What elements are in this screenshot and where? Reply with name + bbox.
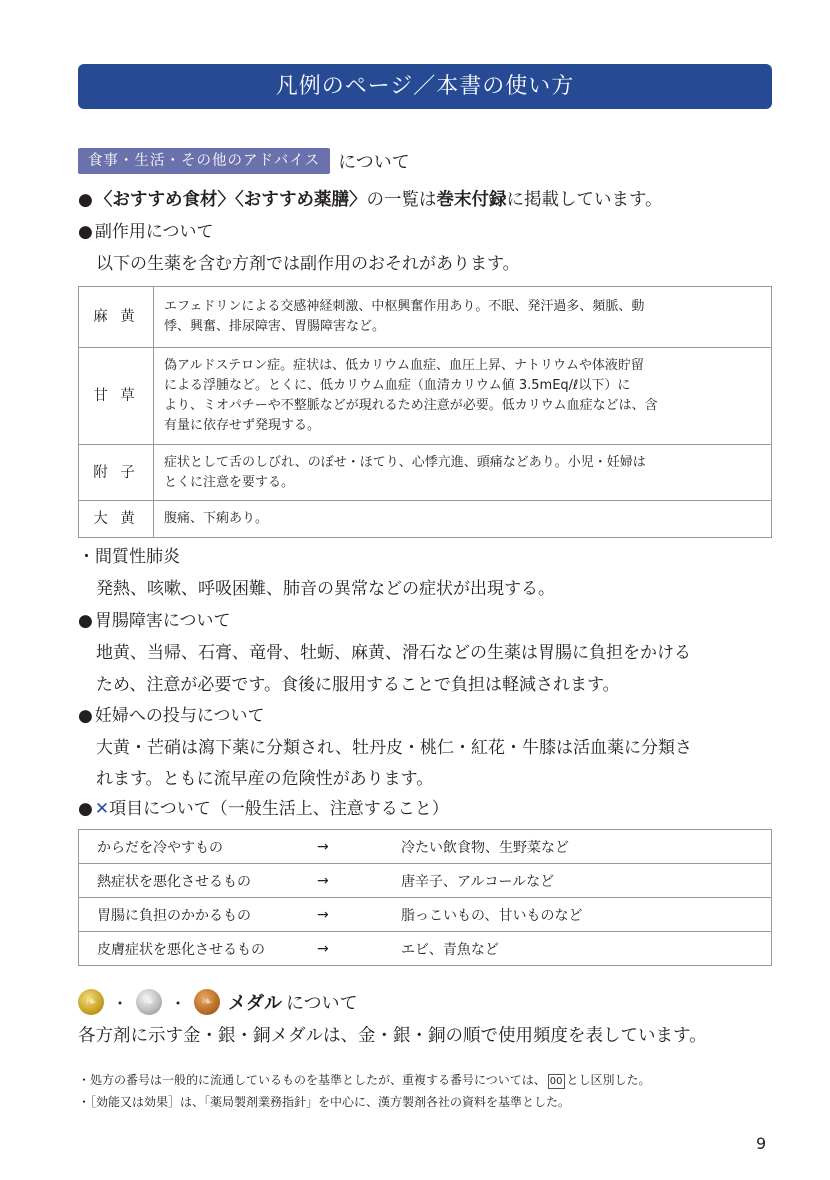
effect-line: より、ミオパチーや不整脈などが現れるため注意が必要。低カリウム血症などは、含 xyxy=(164,396,761,416)
bullet-icon: ● xyxy=(78,706,93,726)
table-row: 皮膚症状を悪化させるもの → エビ、青魚など xyxy=(79,932,772,966)
bullet-icon: ● xyxy=(78,611,93,631)
bullet-icon: ● xyxy=(78,799,93,819)
table-row: 麻 黄 エフェドリンによる交感神経刺激、中枢興奮作用あり。不眠、発汗過多、頻脈、… xyxy=(79,287,772,348)
boxed-number-icon: 00 xyxy=(548,1074,565,1089)
bronze-medal-icon xyxy=(194,989,220,1015)
herb-effect: 症状として舌のしびれ、のぼせ・ほてり、心悸亢進、頭痛などあり。小児・妊婦はとくに… xyxy=(154,445,772,501)
note-2: ・［効能又は効果］は、「薬局製剤業務指針」を中心に、漢方製剤各社の資料を基準とし… xyxy=(78,1092,570,1112)
avoid-item: からだを冷やすもの xyxy=(79,830,318,864)
gold-medal-icon xyxy=(78,989,104,1015)
table-row: からだを冷やすもの → 冷たい飲食物、生野菜など xyxy=(79,830,772,864)
side-effect-table: 麻 黄 エフェドリンによる交感神経刺激、中枢興奮作用あり。不眠、発汗過多、頻脈、… xyxy=(78,286,772,538)
table-row: 胃腸に負担のかかるもの → 脂っこいもの、甘いものなど xyxy=(79,898,772,932)
bullet-icon: ● xyxy=(78,190,93,210)
effect-line: 悸、興奮、排尿障害、胃腸障害など。 xyxy=(164,317,761,337)
pregnancy-body-2: れます。ともに流早産の危険性があります。 xyxy=(96,767,433,791)
pneumonia-body: 発熱、咳嗽、呼吸困難、肺音の異常などの症状が出現する。 xyxy=(96,577,555,601)
herb-name: 大 黄 xyxy=(79,501,154,538)
cross-items-heading: ●✕項目について（一般生活上、注意すること） xyxy=(78,797,449,821)
gastro-heading-text: 胃腸障害について xyxy=(95,611,231,631)
recommend-line: ●〈おすすめ食材〉〈おすすめ薬膳〉の一覧は巻末付録に掲載しています。 xyxy=(78,188,663,212)
note-1-text-end: とし区別した。 xyxy=(567,1073,651,1087)
medal-label-suffix: について xyxy=(286,989,358,1015)
recommend-bold-1: 〈おすすめ食材〉〈おすすめ薬膳〉 xyxy=(95,190,367,210)
gastro-heading: ●胃腸障害について xyxy=(78,609,231,633)
pregnancy-heading: ●妊婦への投与について xyxy=(78,704,265,728)
herb-name: 麻 黄 xyxy=(79,287,154,348)
side-effects-heading-text: 副作用について xyxy=(95,222,214,242)
avoid-examples: エビ、青魚など xyxy=(401,932,772,966)
table-row: 附 子 症状として舌のしびれ、のぼせ・ほてり、心悸亢進、頭痛などあり。小児・妊婦… xyxy=(79,445,772,501)
pregnancy-body-1: 大黄・芒硝は瀉下薬に分類され、牡丹皮・桃仁・紅花・牛膝は活血薬に分類さ xyxy=(96,736,692,760)
advice-suffix: について xyxy=(338,148,410,174)
gastro-body-1: 地黄、当帰、石膏、竜骨、牡蛎、麻黄、滑石などの生薬は胃腸に負担をかける xyxy=(96,641,691,665)
medal-body: 各方剤に示す金・銀・銅メダルは、金・銀・銅の順で使用頻度を表しています。 xyxy=(78,1024,707,1048)
recommend-text-1: の一覧は xyxy=(366,190,436,210)
table-row: 大 黄 腹痛、下痢あり。 xyxy=(79,501,772,538)
avoid-item: 熱症状を悪化させるもの xyxy=(79,864,318,898)
avoid-examples: 脂っこいもの、甘いものなど xyxy=(401,898,772,932)
table-row: 甘 草 偽アルドステロン症。症状は、低カリウム血症、血圧上昇、ナトリウムや体液貯… xyxy=(79,348,772,445)
recommend-bold-2: 巻末付録 xyxy=(436,190,506,210)
table-row: 熱症状を悪化させるもの → 唐辛子、アルコールなど xyxy=(79,864,772,898)
herb-name: 甘 草 xyxy=(79,348,154,445)
pneumonia-heading: ・間質性肺炎 xyxy=(78,545,180,569)
avoid-examples: 冷たい飲食物、生野菜など xyxy=(401,830,772,864)
herb-effect: エフェドリンによる交感神経刺激、中枢興奮作用あり。不眠、発汗過多、頻脈、動悸、興… xyxy=(154,287,772,348)
effect-line: エフェドリンによる交感神経刺激、中枢興奮作用あり。不眠、発汗過多、頻脈、動 xyxy=(164,297,761,317)
effect-line: による浮腫など。とくに、低カリウム血症（血清カリウム値 3.5mEq/ℓ以下）に xyxy=(164,376,761,396)
advice-tag: 食事・生活・その他のアドバイス xyxy=(78,148,330,174)
effect-line: とくに注意を要する。 xyxy=(164,473,761,493)
avoid-table: からだを冷やすもの → 冷たい飲食物、生野菜など 熱症状を悪化させるもの → 唐… xyxy=(78,829,772,966)
recommend-text-2: に掲載しています。 xyxy=(506,190,662,210)
arrow-icon: → xyxy=(317,898,401,932)
arrow-icon: → xyxy=(317,864,401,898)
bullet-icon: ● xyxy=(78,222,93,242)
arrow-icon: → xyxy=(317,830,401,864)
avoid-item: 皮膚症状を悪化させるもの xyxy=(79,932,318,966)
advice-heading: 食事・生活・その他のアドバイス について xyxy=(78,147,410,175)
effect-line: 症状として舌のしびれ、のぼせ・ほてり、心悸亢進、頭痛などあり。小児・妊婦は xyxy=(164,453,761,473)
silver-medal-icon xyxy=(136,989,162,1015)
separator: ・ xyxy=(170,991,186,1014)
separator: ・ xyxy=(112,991,128,1014)
herb-name: 附 子 xyxy=(79,445,154,501)
note-1: ・処方の番号は一般的に流通しているものを基準としたが、重複する番号については、0… xyxy=(78,1070,651,1090)
herb-effect: 腹痛、下痢あり。 xyxy=(154,501,772,538)
arrow-icon: → xyxy=(317,932,401,966)
page-number: 9 xyxy=(756,1134,766,1153)
avoid-item: 胃腸に負担のかかるもの xyxy=(79,898,318,932)
effect-line: 有量に依存せず発現する。 xyxy=(164,416,761,436)
cross-icon: ✕ xyxy=(95,799,109,819)
medal-label: メダル xyxy=(228,989,282,1015)
cross-items-heading-text: 項目について（一般生活上、注意すること） xyxy=(109,799,449,819)
note-1-text: ・処方の番号は一般的に流通しているものを基準としたが、重複する番号については、 xyxy=(78,1073,546,1087)
effect-line: 腹痛、下痢あり。 xyxy=(164,509,761,529)
herb-effect: 偽アルドステロン症。症状は、低カリウム血症、血圧上昇、ナトリウムや体液貯留による… xyxy=(154,348,772,445)
avoid-examples: 唐辛子、アルコールなど xyxy=(401,864,772,898)
side-effects-intro: 以下の生薬を含む方剤では副作用のおそれがあります。 xyxy=(96,252,520,276)
pregnancy-heading-text: 妊婦への投与について xyxy=(95,706,265,726)
medal-heading: ・ ・ メダル について xyxy=(78,987,358,1017)
page-title: 凡例のページ／本書の使い方 xyxy=(78,64,772,109)
side-effects-heading: ●副作用について xyxy=(78,220,214,244)
effect-line: 偽アルドステロン症。症状は、低カリウム血症、血圧上昇、ナトリウムや体液貯留 xyxy=(164,356,761,376)
gastro-body-2: ため、注意が必要です。食後に服用することで負担は軽減されます。 xyxy=(96,673,620,697)
